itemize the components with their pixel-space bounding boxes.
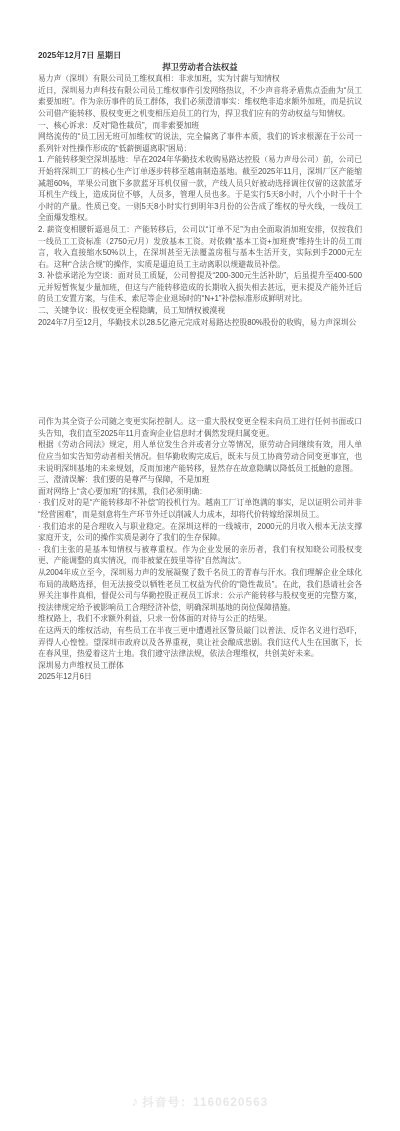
section3-bullet-1: · 我们反对的是“产能转移却不补偿”的投机行为。越南工厂订单饱满的事实，足以证明… (38, 497, 362, 520)
page-break-gap (38, 328, 362, 416)
document-subtitle: 易力声（深圳）有限公司员工维权真相：非求加班，实为讨薪与知情权 (38, 73, 362, 85)
section1-heading: 一、核心诉求：反对“隐性裁员”，而非索要加班 (38, 120, 362, 132)
section1-item-1: 1. 产能转移架空深圳基地：早在2024年华勤技术收购易路达控股（易力声母公司）… (38, 154, 362, 224)
douyin-watermark: ♪抖音号：1160620563 (0, 1094, 400, 1110)
closing-paragraph-1: 从2004年成立至今，深圳易力声的发展凝聚了数千名员工的青春与汗水。我们理解企业… (38, 567, 362, 613)
section2-paragraph1-part1: 2024年7月至12月，华勤技术以28.5亿港元完成对易路达控股80%股份的收购… (38, 317, 362, 329)
section3-heading: 三、澄清误解：我们要的是尊严与保障，不是加班 (38, 474, 362, 486)
intro-paragraph: 近日，深圳易力声科技有限公司员工维权事件引发网络热议，不少声音将矛盾焦点歪曲为“… (38, 85, 362, 120)
signature-line: 深圳易力声维权员工群体 (38, 660, 362, 672)
section1-item-2: 2. 薪资变相腰斩逼退员工：产能转移后，公司以“订单不足”为由全面取消加班安排，… (38, 224, 362, 270)
douyin-id-text: 抖音号：1160620563 (142, 1097, 268, 1109)
section3-bullet-2: · 我们追求的是合理收入与职业稳定。在深圳这样的一线城市，2000元的月收入根本… (38, 521, 362, 544)
section3-lead: 面对网络上“贪心要加班”的抹黑，我们必须明确： (38, 486, 362, 498)
closing-paragraph-2: 维权路上，我们不求额外利益，只求一份体面的对待与公正的结果。 (38, 613, 362, 625)
signature-date: 2025年12月6日 (38, 671, 362, 683)
section3-bullet-3: · 我们主张的是基本知情权与被尊重权。作为企业发展的亲历者，我们有权知晓公司股权… (38, 544, 362, 567)
document-title: 捍卫劳动者合法权益 (38, 62, 362, 74)
section1-lead: 网络流传的“员工因无班可加维权”的说法，完全偏离了事件本质，我们的诉求根源在于公… (38, 131, 362, 154)
section2-heading: 二、关键争议：股权变更全程隐瞒，员工知情权被漠视 (38, 305, 362, 317)
closing-paragraph-3: 在这两天的维权活动，有些员工在半夜三更中遭遇社区警员敲门以普法、反诈名义进行恐吓… (38, 625, 362, 660)
douyin-note-icon: ♪ (132, 1094, 140, 1109)
document-date-header: 2025年12月7日 星期日 (38, 50, 362, 62)
statement-document: 2025年12月7日 星期日 捍卫劳动者合法权益 易力声（深圳）有限公司员工维权… (0, 0, 400, 683)
section2-paragraph2: 根据《劳动合同法》规定，用人单位发生合并或者分立等情况，原劳动合同继续有效，用人… (38, 439, 362, 474)
section2-paragraph1-part2: 司作为其全资子公司随之变更实际控制人。这一重大股权变更全程未向员工进行任何书面或… (38, 416, 362, 439)
section1-item-3: 3. 补偿承诺沦为空谈：面对员工质疑，公司曾提及“200-300元生活补助”，后… (38, 270, 362, 305)
